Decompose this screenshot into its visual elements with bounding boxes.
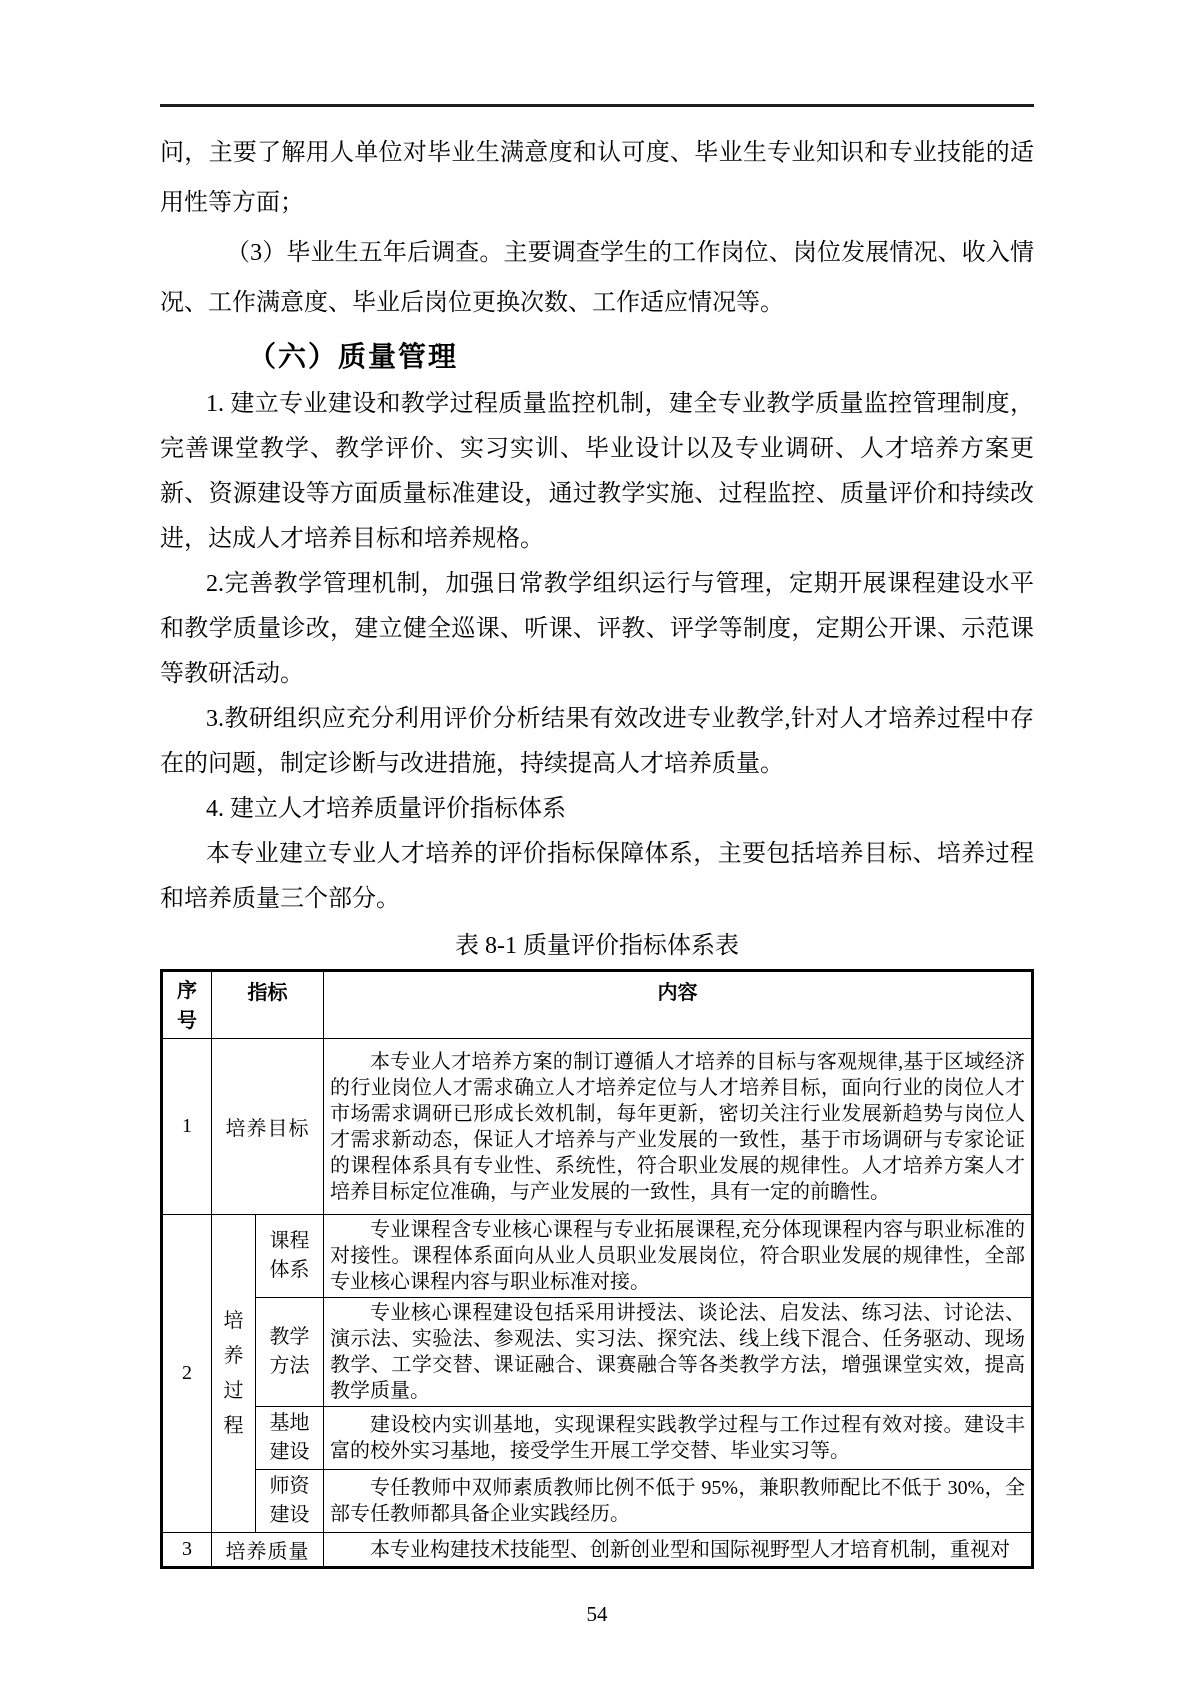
table-row-2-sub-2: 教学方法 专业核心课程建设包括采用讲授法、谈论法、启发法、练习法、讨论法、演示法…: [162, 1298, 1033, 1407]
row-2-sub-3-content: 建设校内实训基地，实现课程实践教学过程与工作过程有效对接。建设丰富的校外实习基地…: [324, 1407, 1033, 1470]
table-row-2-sub-3: 基地建设 建设校内实训基地，实现课程实践教学过程与工作过程有效对接。建设丰富的校…: [162, 1407, 1033, 1470]
col-header-no: 序号: [162, 971, 212, 1039]
paragraph-survey-5yr: （3）毕业生五年后调查。主要调查学生的工作岗位、岗位发展情况、收入情况、工作满意…: [160, 228, 1034, 328]
row-3-number: 3: [162, 1533, 212, 1568]
row-2-sub-2-label-cell: 教学方法: [256, 1298, 324, 1407]
row-1-number: 1: [162, 1039, 212, 1215]
row-3-indicator: 培养质量: [212, 1533, 324, 1568]
row-2-sub-1-content: 专业课程含专业核心课程与专业拓展课程,充分体现课程内容与职业标准的对接性。课程体…: [324, 1215, 1033, 1298]
table-caption: 表 8-1 质量评价指标体系表: [160, 924, 1034, 968]
page-content: 问，主要了解用人单位对毕业生满意度和认可度、毕业生专业知识和专业技能的适用性等方…: [0, 0, 1191, 1627]
header-rule: [160, 104, 1034, 107]
row-2-sub-3-label-cell: 基地建设: [256, 1407, 324, 1470]
row-2-sub-4-content: 专任教师中双师素质教师比例不低于 95%，兼职教师配比不低于 30%，全部专任教…: [324, 1470, 1033, 1533]
col-header-no-label: 序号: [177, 976, 198, 1036]
table-header-row: 序号 指标 内容: [162, 971, 1033, 1039]
row-2-sub-4-label: 师资建设: [269, 1472, 311, 1530]
row-2-indicator-label: 培养过程: [223, 1304, 244, 1444]
row-2-sub-2-label: 教学方法: [269, 1323, 311, 1381]
row-3-content: 本专业构建技术技能型、创新创业型和国际视野型人才培育机制，重视对: [324, 1533, 1033, 1568]
row-2-sub-1-label: 课程体系: [269, 1227, 311, 1285]
document-page: 问，主要了解用人单位对毕业生满意度和认可度、毕业生专业知识和专业技能的适用性等方…: [0, 0, 1191, 1684]
row-2-sub-3-label: 基地建设: [269, 1409, 311, 1467]
col-header-content: 内容: [324, 971, 1033, 1039]
table-row-2-sub-4: 师资建设 专任教师中双师素质教师比例不低于 95%，兼职教师配比不低于 30%，…: [162, 1470, 1033, 1533]
row-2-number: 2: [162, 1215, 212, 1533]
paragraph-summary: 本专业建立专业人才培养的评价指标保障体系，主要包括培养目标、培养过程和培养质量三…: [160, 832, 1034, 922]
row-1-indicator: 培养目标: [212, 1039, 324, 1215]
col-header-indicator: 指标: [212, 971, 324, 1039]
paragraph-item-3: 3.教研组织应充分利用评价分析结果有效改进专业教学,针对人才培养过程中存在的问题…: [160, 697, 1034, 787]
table-row-3: 3 培养质量 本专业构建技术技能型、创新创业型和国际视野型人才培育机制，重视对: [162, 1533, 1033, 1568]
page-number: 54: [160, 1601, 1034, 1627]
table-row-1: 1 培养目标 本专业人才培养方案的制订遵循人才培养的目标与客观规律,基于区域经济…: [162, 1039, 1033, 1215]
quality-indicator-table: 序号 指标 内容 1 培养目标 本专业人才培养方案的制订遵循人才培养的目标与客观…: [160, 969, 1034, 1569]
paragraph-item-2: 2.完善教学管理机制，加强日常教学组织运行与管理，定期开展课程建设水平和教学质量…: [160, 562, 1034, 697]
row-2-sub-4-label-cell: 师资建设: [256, 1470, 324, 1533]
table-row-2-sub-1: 2 培养过程 课程体系 专业课程含专业核心课程与专业拓展课程,充分体现课程内容与…: [162, 1215, 1033, 1298]
paragraph-continuation: 问，主要了解用人单位对毕业生满意度和认可度、毕业生专业知识和专业技能的适用性等方…: [160, 128, 1034, 228]
row-1-content: 本专业人才培养方案的制订遵循人才培养的目标与客观规律,基于区域经济的行业岗位人才…: [324, 1039, 1033, 1215]
row-2-sub-1-label-cell: 课程体系: [256, 1215, 324, 1298]
row-2-sub-2-content: 专业核心课程建设包括采用讲授法、谈论法、启发法、练习法、讨论法、演示法、实验法、…: [324, 1298, 1033, 1407]
paragraph-item-4: 4. 建立人才培养质量评价指标体系: [160, 787, 1034, 832]
row-2-indicator: 培养过程: [212, 1215, 256, 1533]
paragraph-item-1: 1. 建立专业建设和教学过程质量监控机制，建全专业教学质量监控管理制度，完善课堂…: [160, 382, 1034, 562]
section-heading: （六）质量管理: [248, 337, 1034, 379]
